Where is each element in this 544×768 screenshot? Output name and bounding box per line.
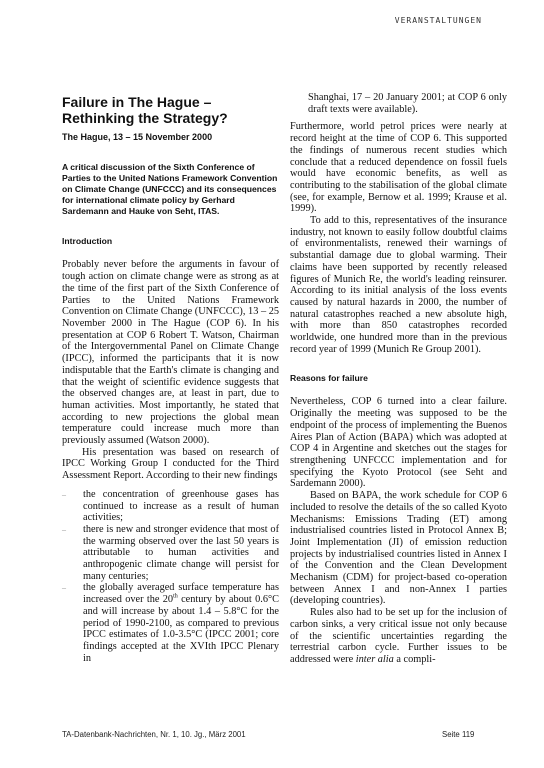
paragraph: Furthermore, world petrol prices were ne… (290, 121, 507, 215)
section-tag: VERANSTALTUNGEN (395, 16, 482, 25)
findings-list: the concentration of greenhouse gases ha… (62, 489, 279, 665)
section-heading-reasons: Reasons for failure (290, 373, 507, 384)
footer-page-number: Seite 119 (442, 730, 474, 739)
list-item: the concentration of greenhouse gases ha… (62, 489, 279, 524)
list-item: there is new and stronger evidence that … (62, 524, 279, 583)
paragraph: Probably never before the arguments in f… (62, 259, 279, 446)
paragraph: His presentation was based on research o… (62, 447, 279, 482)
article-abstract: A critical discussion of the Sixth Confe… (62, 162, 279, 217)
italic-text: inter alia (356, 654, 394, 665)
left-column: Failure in The Hague – Rethinking the St… (62, 92, 279, 664)
paragraph: Based on BAPA, the work schedule for COP… (290, 490, 507, 607)
section-heading-introduction: Introduction (62, 236, 279, 247)
paragraph: Nevertheless, COP 6 turned into a clear … (290, 396, 507, 490)
paragraph: Rules also had to be set up for the incl… (290, 607, 507, 666)
footer-publication: TA-Datenbank-Nachrichten, Nr. 1, 10. Jg.… (62, 730, 246, 739)
article-title: Failure in The Hague – Rethinking the St… (62, 95, 279, 126)
right-column: Shanghai, 17 – 20 January 2001; at COP 6… (290, 92, 507, 666)
list-item: the globally averaged surface temperatur… (62, 582, 279, 664)
paragraph-text: a compli- (394, 654, 436, 665)
list-item-continued: Shanghai, 17 – 20 January 2001; at COP 6… (290, 92, 507, 115)
paragraph: To add to this, representatives of the i… (290, 215, 507, 355)
article-subtitle: The Hague, 13 – 15 November 2000 (62, 132, 279, 143)
